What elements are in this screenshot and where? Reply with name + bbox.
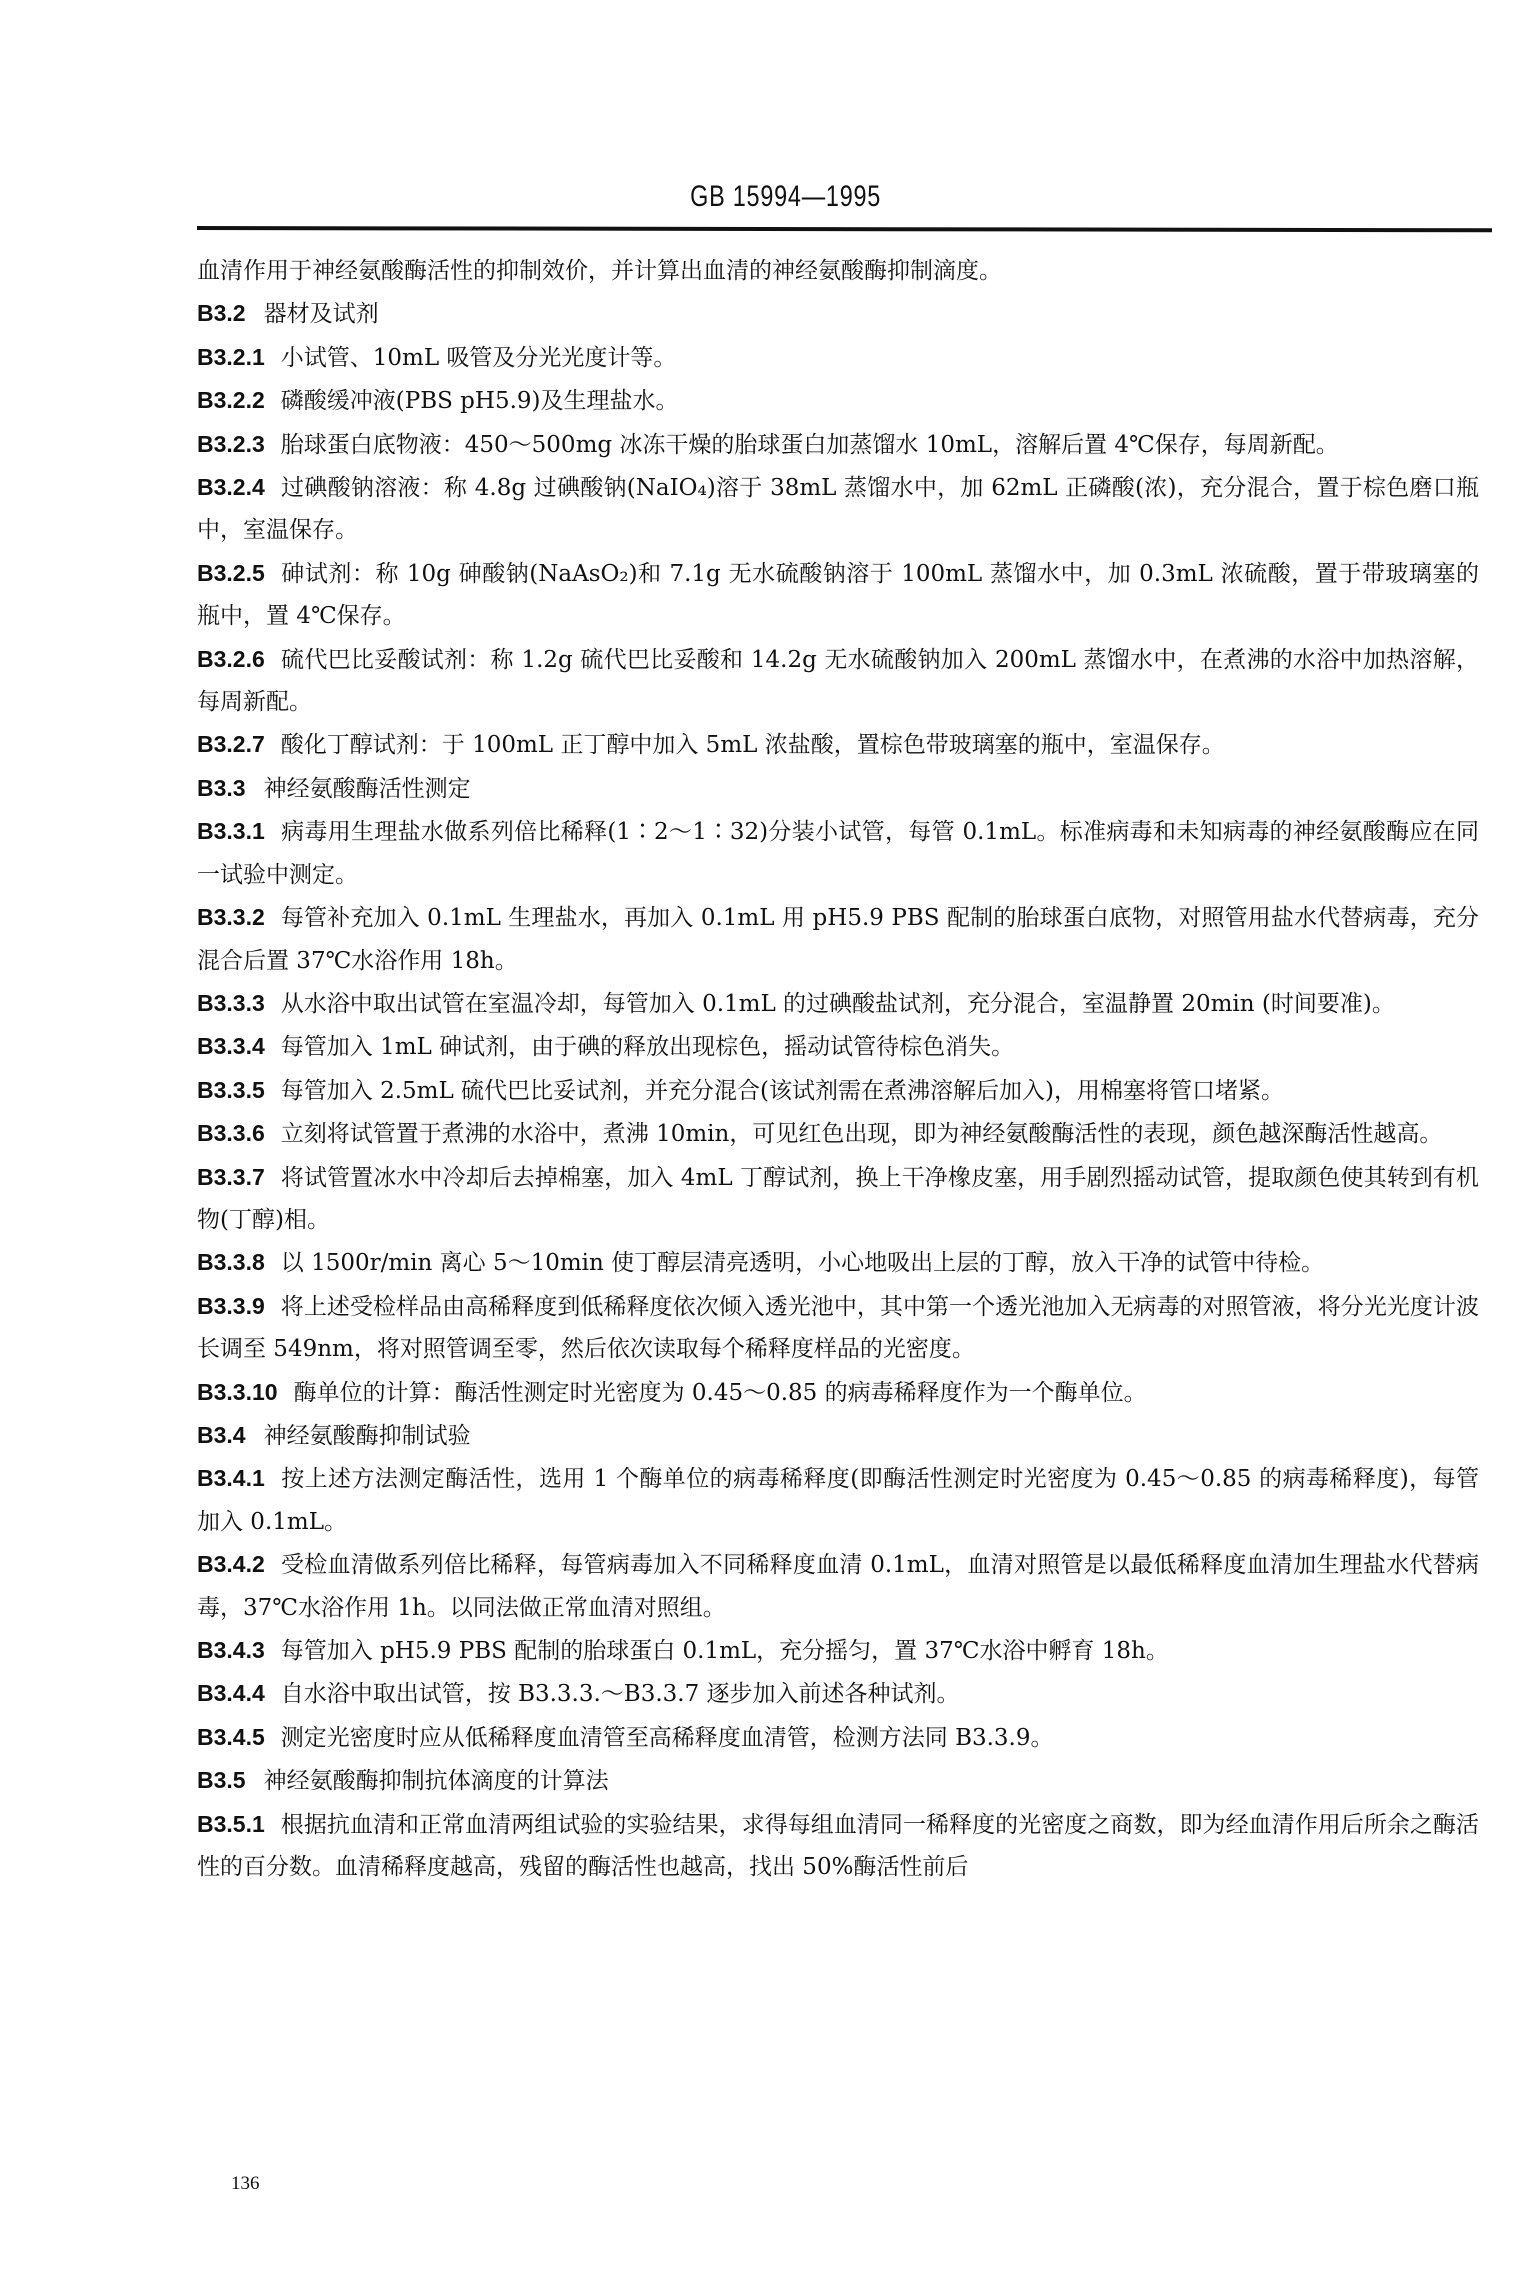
paragraph-intro: 血清作用于神经氨酸酶活性的抑制效价，并计算出血清的神经氨酸酶抑制滴度。	[197, 250, 1479, 292]
clause-text: 过碘酸钠溶液：称 4.8g 过碘酸钠(NaIO₄)溶于 38mL 蒸馏水中，加 …	[197, 475, 1479, 543]
clause-text: 测定光密度时应从低稀释度血清管至高稀释度血清管，检测方法同 B3.3.9。	[281, 1725, 1054, 1751]
clause: B3.5.1根据抗血清和正常血清两组试验的实验结果，求得每组血清同一稀释度的光密…	[197, 1803, 1479, 1889]
clause-number: B3.4.4	[197, 1672, 265, 1714]
clause-text: 以 1500r/min 离心 5～10min 使丁醇层清亮透明，小心地吸出上层的…	[281, 1250, 1324, 1276]
section-heading: B3.4神经氨酸酶抑制试验	[197, 1414, 1479, 1457]
section-title: 神经氨酸酶抑制抗体滴度的计算法	[264, 1768, 609, 1794]
section-heading: B3.2器材及试剂	[197, 292, 1479, 335]
clause: B3.4.1按上述方法测定酶活性，选用 1 个酶单位的病毒稀释度(即酶活性测定时…	[197, 1457, 1479, 1543]
clause-text: 酸化丁醇试剂：于 100mL 正丁醇中加入 5mL 浓盐酸，置棕色带玻璃塞的瓶中…	[281, 732, 1225, 758]
clause-text: 按上述方法测定酶活性，选用 1 个酶单位的病毒稀释度(即酶活性测定时光密度为 0…	[197, 1466, 1479, 1534]
clause: B3.3.3从水浴中取出试管在室温冷却，每管加入 0.1mL 的过碘酸盐试剂，充…	[197, 982, 1479, 1025]
section-heading: B3.3神经氨酸酶活性测定	[197, 767, 1479, 810]
section-heading: B3.5神经氨酸酶抑制抗体滴度的计算法	[197, 1759, 1479, 1802]
clause: B3.2.3胎球蛋白底物液：450～500mg 冰冻干燥的胎球蛋白加蒸馏水 10…	[197, 423, 1479, 466]
clause: B3.2.5砷试剂：称 10g 砷酸钠(NaAsO₂)和 7.1g 无水硫酸钠溶…	[197, 552, 1479, 638]
clause: B3.4.4自水浴中取出试管，按 B3.3.3.～B3.3.7 逐步加入前述各种…	[197, 1672, 1479, 1715]
clause-text: 砷试剂：称 10g 砷酸钠(NaAsO₂)和 7.1g 无水硫酸钠溶于 100m…	[197, 561, 1479, 629]
clause: B3.3.5每管加入 2.5mL 硫代巴比妥试剂，并充分混合(该试剂需在煮沸溶解…	[197, 1069, 1479, 1112]
clause: B3.3.9将上述受检样品由高稀释度到低稀释度依次倾入透光池中，其中第一个透光池…	[197, 1285, 1479, 1371]
page-number: 136	[231, 2173, 260, 2195]
clause-number: B3.4.2	[197, 1543, 265, 1585]
clause: B3.2.7酸化丁醇试剂：于 100mL 正丁醇中加入 5mL 浓盐酸，置棕色带…	[197, 723, 1479, 766]
clause-number: B3.3.8	[197, 1241, 265, 1283]
clause-number: B3.2.2	[197, 379, 265, 421]
clause-number: B3.5.1	[197, 1803, 265, 1845]
clause-text: 病毒用生理盐水做系列倍比稀释(1∶2～1∶32)分装小试管，每管 0.1mL。标…	[197, 819, 1479, 887]
clause: B3.3.2每管补充加入 0.1mL 生理盐水，再加入 0.1mL 用 pH5.…	[197, 896, 1479, 982]
clause-number: B3.2.5	[197, 552, 265, 594]
clause-text: 自水浴中取出试管，按 B3.3.3.～B3.3.7 逐步加入前述各种试剂。	[281, 1681, 960, 1707]
clause-number: B3.4.5	[197, 1716, 265, 1758]
clause: B3.4.2受检血清做系列倍比稀释，每管病毒加入不同稀释度血清 0.1mL，血清…	[197, 1543, 1479, 1629]
section-title: 神经氨酸酶活性测定	[264, 776, 471, 802]
clause-text: 硫代巴比妥酸试剂：称 1.2g 硫代巴比妥酸和 14.2g 无水硫酸钠加入 20…	[197, 647, 1479, 715]
clause-number: B3.3	[197, 767, 246, 809]
clause-number: B3.3.6	[197, 1112, 265, 1154]
clause-text: 每管加入 2.5mL 硫代巴比妥试剂，并充分混合(该试剂需在煮沸溶解后加入)，用…	[281, 1078, 1284, 1104]
clause: B3.3.8以 1500r/min 离心 5～10min 使丁醇层清亮透明，小心…	[197, 1241, 1479, 1284]
clause: B3.3.4每管加入 1mL 砷试剂，由于碘的释放出现棕色，摇动试管待棕色消失。	[197, 1025, 1479, 1068]
clause: B3.3.6立刻将试管置于煮沸的水浴中，煮沸 10min，可见红色出现，即为神经…	[197, 1112, 1479, 1155]
clause: B3.3.1病毒用生理盐水做系列倍比稀释(1∶2～1∶32)分装小试管，每管 0…	[197, 810, 1479, 896]
clause-number: B3.2.4	[197, 466, 265, 508]
clause-text: 胎球蛋白底物液：450～500mg 冰冻干燥的胎球蛋白加蒸馏水 10mL，溶解后…	[281, 432, 1339, 458]
clause-text: 每管加入 1mL 砷试剂，由于碘的释放出现棕色，摇动试管待棕色消失。	[281, 1034, 1014, 1060]
clause-number: B3.3.5	[197, 1069, 265, 1111]
section-title: 神经氨酸酶抑制试验	[264, 1423, 471, 1449]
clause-text: 酶单位的计算：酶活性测定时光密度为 0.45～0.85 的病毒稀释度作为一个酶单…	[294, 1380, 1147, 1406]
clause-text: 从水浴中取出试管在室温冷却，每管加入 0.1mL 的过碘酸盐试剂，充分混合，室温…	[281, 991, 1395, 1017]
clause-number: B3.4.1	[197, 1457, 265, 1499]
clause-number: B3.3.4	[197, 1025, 265, 1067]
clause-number: B3.3.10	[197, 1371, 278, 1413]
clause: B3.4.5测定光密度时应从低稀释度血清管至高稀释度血清管，检测方法同 B3.3…	[197, 1716, 1479, 1759]
clause-number: B3.2.1	[197, 336, 265, 378]
clause: B3.4.3每管加入 pH5.9 PBS 配制的胎球蛋白 0.1mL，充分摇匀，…	[197, 1629, 1479, 1672]
clause-number: B3.4.3	[197, 1629, 265, 1671]
clause-text: 每管补充加入 0.1mL 生理盐水，再加入 0.1mL 用 pH5.9 PBS …	[197, 905, 1479, 973]
section-title: 器材及试剂	[264, 301, 379, 327]
clause-number: B3.4	[197, 1414, 246, 1456]
clause-number: B3.2	[197, 292, 246, 334]
clause: B3.2.1小试管、10mL 吸管及分光光度计等。	[197, 336, 1479, 379]
clause: B3.2.2磷酸缓冲液(PBS pH5.9)及生理盐水。	[197, 379, 1479, 422]
paragraph-text: 血清作用于神经氨酸酶活性的抑制效价，并计算出血清的神经氨酸酶抑制滴度。	[197, 258, 1002, 284]
standard-number: GB 15994—1995	[690, 180, 881, 213]
clause-number: B3.5	[197, 1759, 246, 1801]
clause-text: 根据抗血清和正常血清两组试验的实验结果，求得每组血清同一稀释度的光密度之商数，即…	[197, 1812, 1479, 1880]
clause-number: B3.2.3	[197, 423, 265, 465]
clause-text: 受检血清做系列倍比稀释，每管病毒加入不同稀释度血清 0.1mL，血清对照管是以最…	[197, 1552, 1479, 1620]
clause: B3.3.10酶单位的计算：酶活性测定时光密度为 0.45～0.85 的病毒稀释…	[197, 1371, 1479, 1414]
clause: B3.3.7将试管置冰水中冷却后去掉棉塞，加入 4mL 丁醇试剂，换上干净橡皮塞…	[197, 1156, 1479, 1242]
header-rule	[197, 226, 1492, 232]
clause-text: 立刻将试管置于煮沸的水浴中，煮沸 10min，可见红色出现，即为神经氨酸酶活性的…	[281, 1121, 1443, 1147]
clause-number: B3.3.9	[197, 1285, 265, 1327]
clause-number: B3.3.3	[197, 982, 265, 1024]
clause: B3.2.6硫代巴比妥酸试剂：称 1.2g 硫代巴比妥酸和 14.2g 无水硫酸…	[197, 638, 1479, 724]
clause-number: B3.2.6	[197, 638, 265, 680]
clause-number: B3.2.7	[197, 723, 265, 765]
clause-number: B3.3.1	[197, 810, 265, 852]
clause-text: 将试管置冰水中冷却后去掉棉塞，加入 4mL 丁醇试剂，换上干净橡皮塞，用手剧烈摇…	[197, 1165, 1479, 1233]
document-header: GB 15994—1995	[187, 180, 1385, 214]
clause-number: B3.3.2	[197, 896, 265, 938]
clause-number: B3.3.7	[197, 1156, 265, 1198]
clause: B3.2.4过碘酸钠溶液：称 4.8g 过碘酸钠(NaIO₄)溶于 38mL 蒸…	[197, 466, 1479, 552]
clause-text: 将上述受检样品由高稀释度到低稀释度依次倾入透光池中，其中第一个透光池加入无病毒的…	[197, 1294, 1479, 1362]
document-body: 血清作用于神经氨酸酶活性的抑制效价，并计算出血清的神经氨酸酶抑制滴度。 B3.2…	[197, 250, 1479, 1888]
clause-text: 小试管、10mL 吸管及分光光度计等。	[281, 345, 677, 371]
clause-text: 磷酸缓冲液(PBS pH5.9)及生理盐水。	[281, 388, 679, 414]
clause-text: 每管加入 pH5.9 PBS 配制的胎球蛋白 0.1mL，充分摇匀，置 37℃水…	[281, 1638, 1169, 1664]
